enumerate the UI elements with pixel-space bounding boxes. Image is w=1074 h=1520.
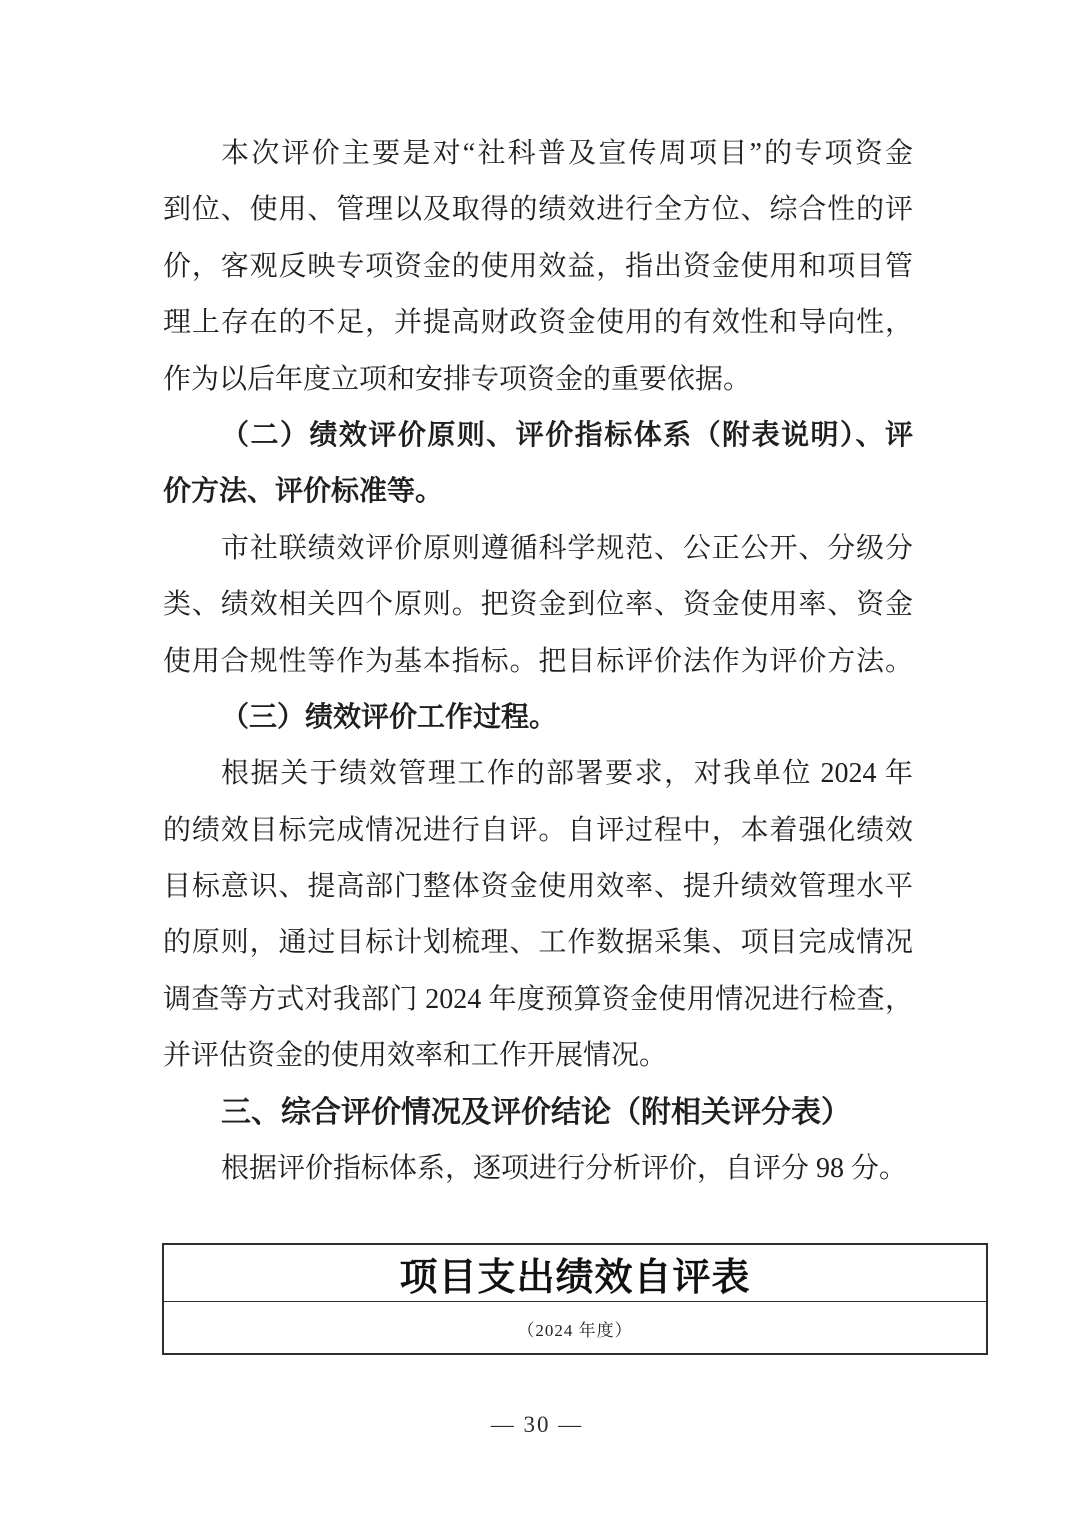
self-eval-table-title: 项目支出绩效自评表 (164, 1245, 986, 1302)
intro-paragraph-line: 理上存在的不足，并提高财政资金使用的有效性和导向性， (163, 295, 913, 351)
self-eval-table: 项目支出绩效自评表 （2024 年度） (162, 1243, 988, 1355)
intro-paragraph-line: 价，客观反映专项资金的使用效益，指出资金使用和项目管 (163, 239, 913, 295)
document-page: 本次评价主要是对“社科普及宣传周项目”的专项资金 到位、使用、管理以及取得的绩效… (0, 0, 1074, 1520)
page-number: — 30 — (0, 1412, 1074, 1438)
section-2-heading-line: （二）绩效评价原则、评价指标体系（附表说明）、评 (163, 408, 913, 464)
principles-paragraph-line: 类、绩效相关四个原则。把资金到位率、资金使用率、资金 (163, 577, 913, 633)
section-3-heading-line: （三）绩效评价工作过程。 (163, 690, 913, 746)
principles-paragraph-line: 使用合规性等作为基本指标。把目标评价法作为评价方法。 (163, 634, 913, 690)
section-2-heading-line: 价方法、评价标准等。 (163, 464, 913, 520)
process-paragraph-line: 目标意识、提高部门整体资金使用效率、提升绩效管理水平 (163, 859, 913, 915)
principles-paragraph-line: 市社联绩效评价原则遵循科学规范、公正公开、分级分 (163, 521, 913, 577)
process-paragraph-line: 根据关于绩效管理工作的部署要求，对我单位 2024 年 (163, 746, 913, 802)
intro-paragraph-line: 作为以后年度立项和安排专项资金的重要依据。 (163, 352, 913, 408)
conclusion-paragraph-line: 根据评价指标体系，逐项进行分析评价，自评分 98 分。 (163, 1141, 913, 1197)
process-paragraph-line: 调查等方式对我部门 2024 年度预算资金使用情况进行检查， (163, 972, 913, 1028)
process-paragraph-line: 的原则，通过目标计划梳理、工作数据采集、项目完成情况 (163, 915, 913, 971)
intro-paragraph-line: 到位、使用、管理以及取得的绩效进行全方位、综合性的评 (163, 182, 913, 238)
self-eval-table-year: （2024 年度） (164, 1302, 986, 1354)
intro-paragraph-line: 本次评价主要是对“社科普及宣传周项目”的专项资金 (163, 126, 913, 182)
document-body: 本次评价主要是对“社科普及宣传周项目”的专项资金 到位、使用、管理以及取得的绩效… (163, 126, 913, 1197)
process-paragraph-line: 的绩效目标完成情况进行自评。自评过程中，本着强化绩效 (163, 803, 913, 859)
process-paragraph-line: 并评估资金的使用效率和工作开展情况。 (163, 1028, 913, 1084)
main-section-heading: 三、综合评价情况及评价结论（附相关评分表） (163, 1085, 913, 1141)
